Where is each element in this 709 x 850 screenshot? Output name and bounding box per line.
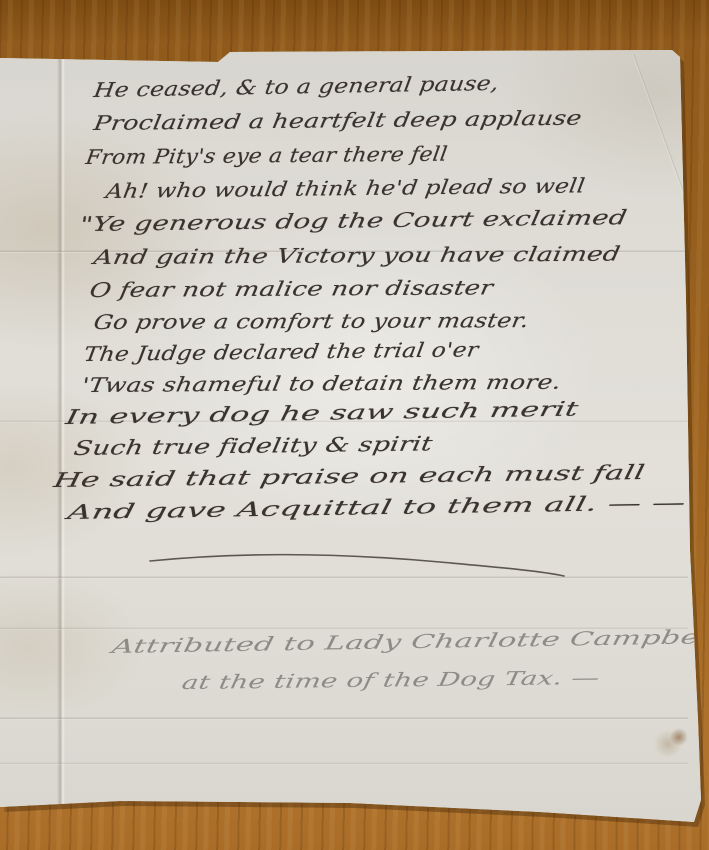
ink-flourish-rule [0, 0, 709, 850]
manuscript-page: He ceased, & to a general pause, Proclai… [0, 0, 709, 850]
photo-of-manuscript: He ceased, & to a general pause, Proclai… [0, 0, 709, 850]
attribution-line: at the time of the Dog Tax. — [180, 669, 601, 693]
